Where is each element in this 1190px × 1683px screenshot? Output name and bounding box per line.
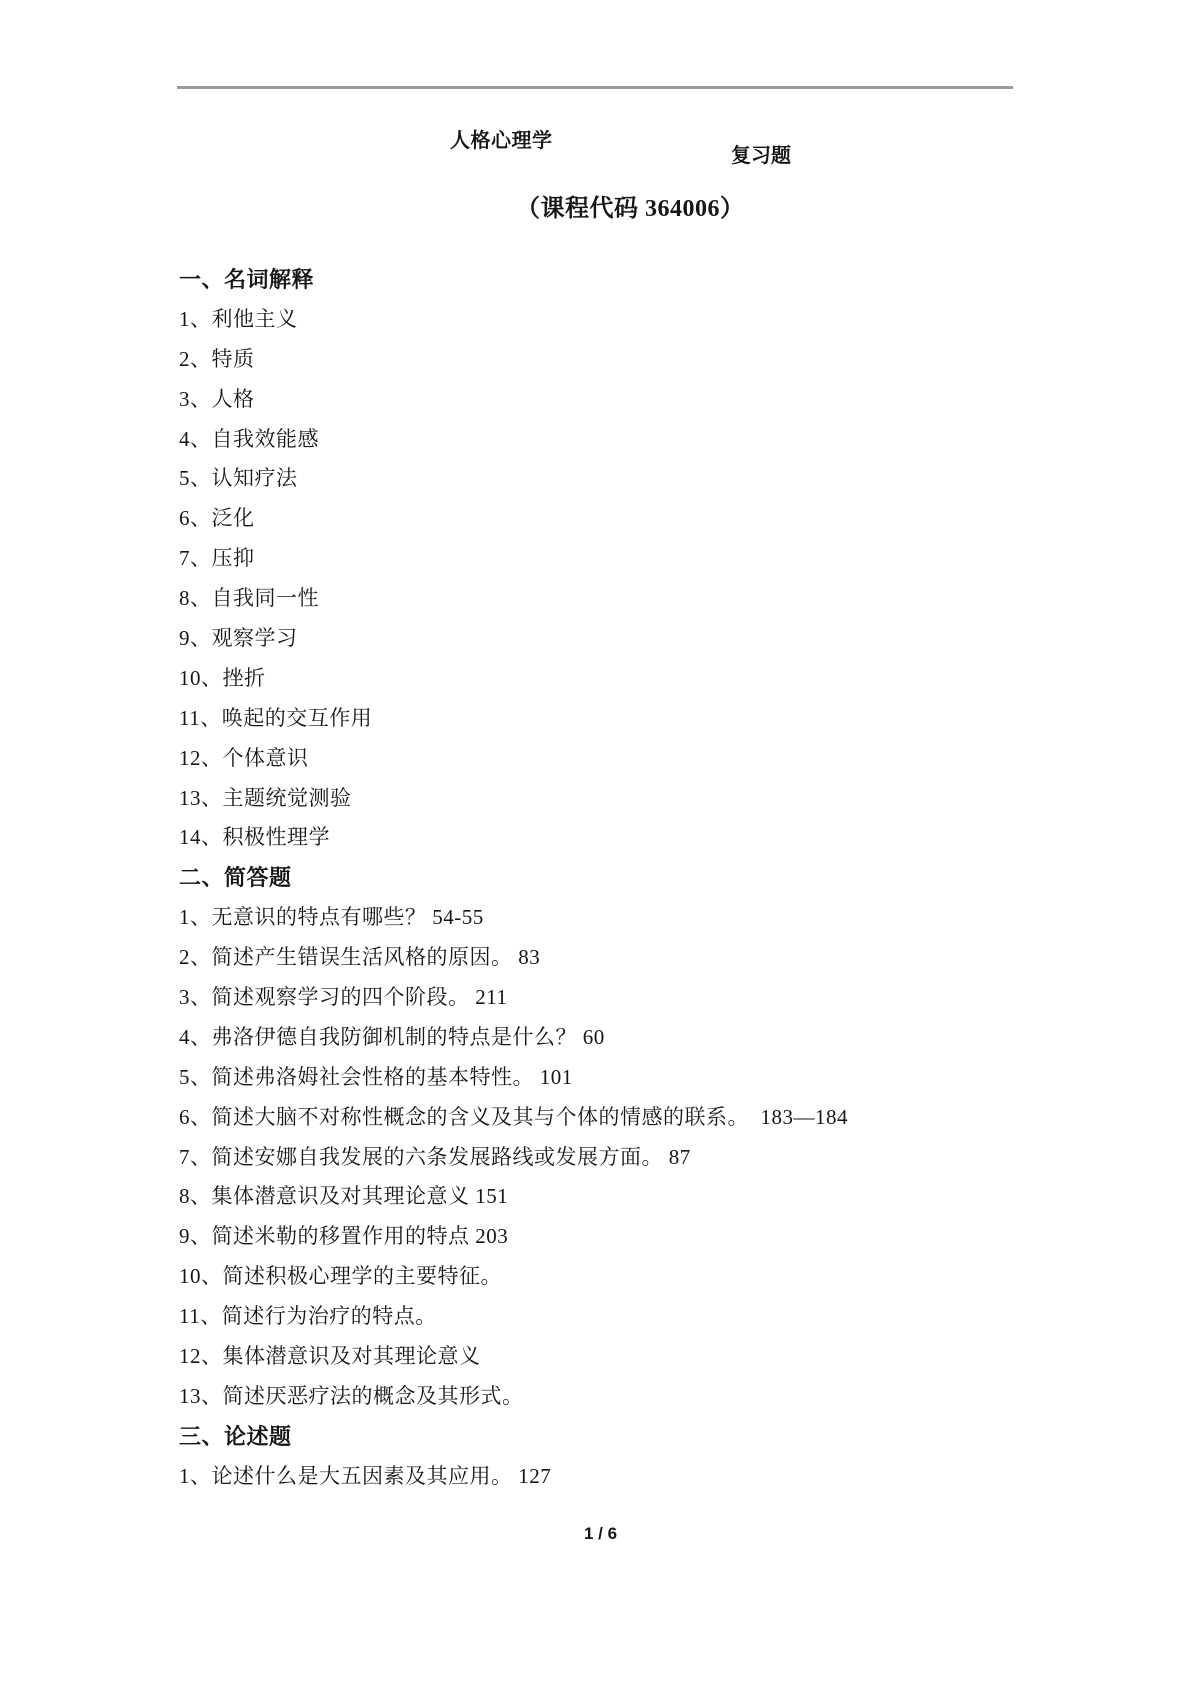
question-item: 8、集体潜意识及对其理论意义 151	[179, 1177, 1099, 1217]
question-item: 3、简述观察学习的四个阶段。 211	[179, 978, 1099, 1018]
question-item: 2、特质	[179, 340, 1099, 380]
page-number: 1 / 6	[584, 1524, 617, 1544]
course-code: （课程代码 364006）	[516, 188, 745, 223]
question-item: 1、无意识的特点有哪些？ 54-55	[179, 898, 1099, 938]
question-list: 一、名词解释1、利他主义2、特质3、人格4、自我效能感5、认知疗法6、泛化7、压…	[179, 260, 1099, 1497]
question-item: 12、集体潜意识及对其理论意义	[179, 1337, 1099, 1377]
question-item: 11、唤起的交互作用	[179, 699, 1099, 739]
section-heading: 一、名词解释	[179, 260, 1099, 300]
section-heading: 三、论述题	[179, 1417, 1099, 1457]
question-item: 9、简述米勒的移置作用的特点 203	[179, 1217, 1099, 1257]
question-item: 4、自我效能感	[179, 420, 1099, 460]
question-item: 1、利他主义	[179, 300, 1099, 340]
question-item: 5、认知疗法	[179, 459, 1099, 499]
question-item: 13、主题统觉测验	[179, 779, 1099, 819]
question-item: 6、泛化	[179, 499, 1099, 539]
question-item: 3、人格	[179, 380, 1099, 420]
doc-subtitle: 复习题	[731, 139, 791, 168]
question-item: 12、个体意识	[179, 739, 1099, 779]
question-item: 1、论述什么是大五因素及其应用。 127	[179, 1457, 1099, 1497]
question-item: 11、简述行为治疗的特点。	[179, 1297, 1099, 1337]
question-item: 14、积极性理学	[179, 818, 1099, 858]
question-item: 10、挫折	[179, 659, 1099, 699]
question-item: 4、弗洛伊德自我防御机制的特点是什么？ 60	[179, 1018, 1099, 1058]
doc-title: 人格心理学	[450, 124, 553, 153]
question-item: 2、简述产生错误生活风格的原因。 83	[179, 938, 1099, 978]
question-item: 7、压抑	[179, 539, 1099, 579]
section-heading: 二、简答题	[179, 858, 1099, 898]
question-item: 5、简述弗洛姆社会性格的基本特性。 101	[179, 1058, 1099, 1098]
question-item: 7、简述安娜自我发展的六条发展路线或发展方面。 87	[179, 1138, 1099, 1178]
header-divider	[177, 86, 1013, 89]
question-item: 8、自我同一性	[179, 579, 1099, 619]
document-page: 人格心理学 复习题 （课程代码 364006） 一、名词解释1、利他主义2、特质…	[0, 0, 1190, 1683]
question-item: 13、简述厌恶疗法的概念及其形式。	[179, 1377, 1099, 1417]
question-item: 9、观察学习	[179, 619, 1099, 659]
question-item: 6、简述大脑不对称性概念的含义及其与个体的情感的联系。 183—184	[179, 1098, 1099, 1138]
question-item: 10、简述积极心理学的主要特征。	[179, 1257, 1099, 1297]
